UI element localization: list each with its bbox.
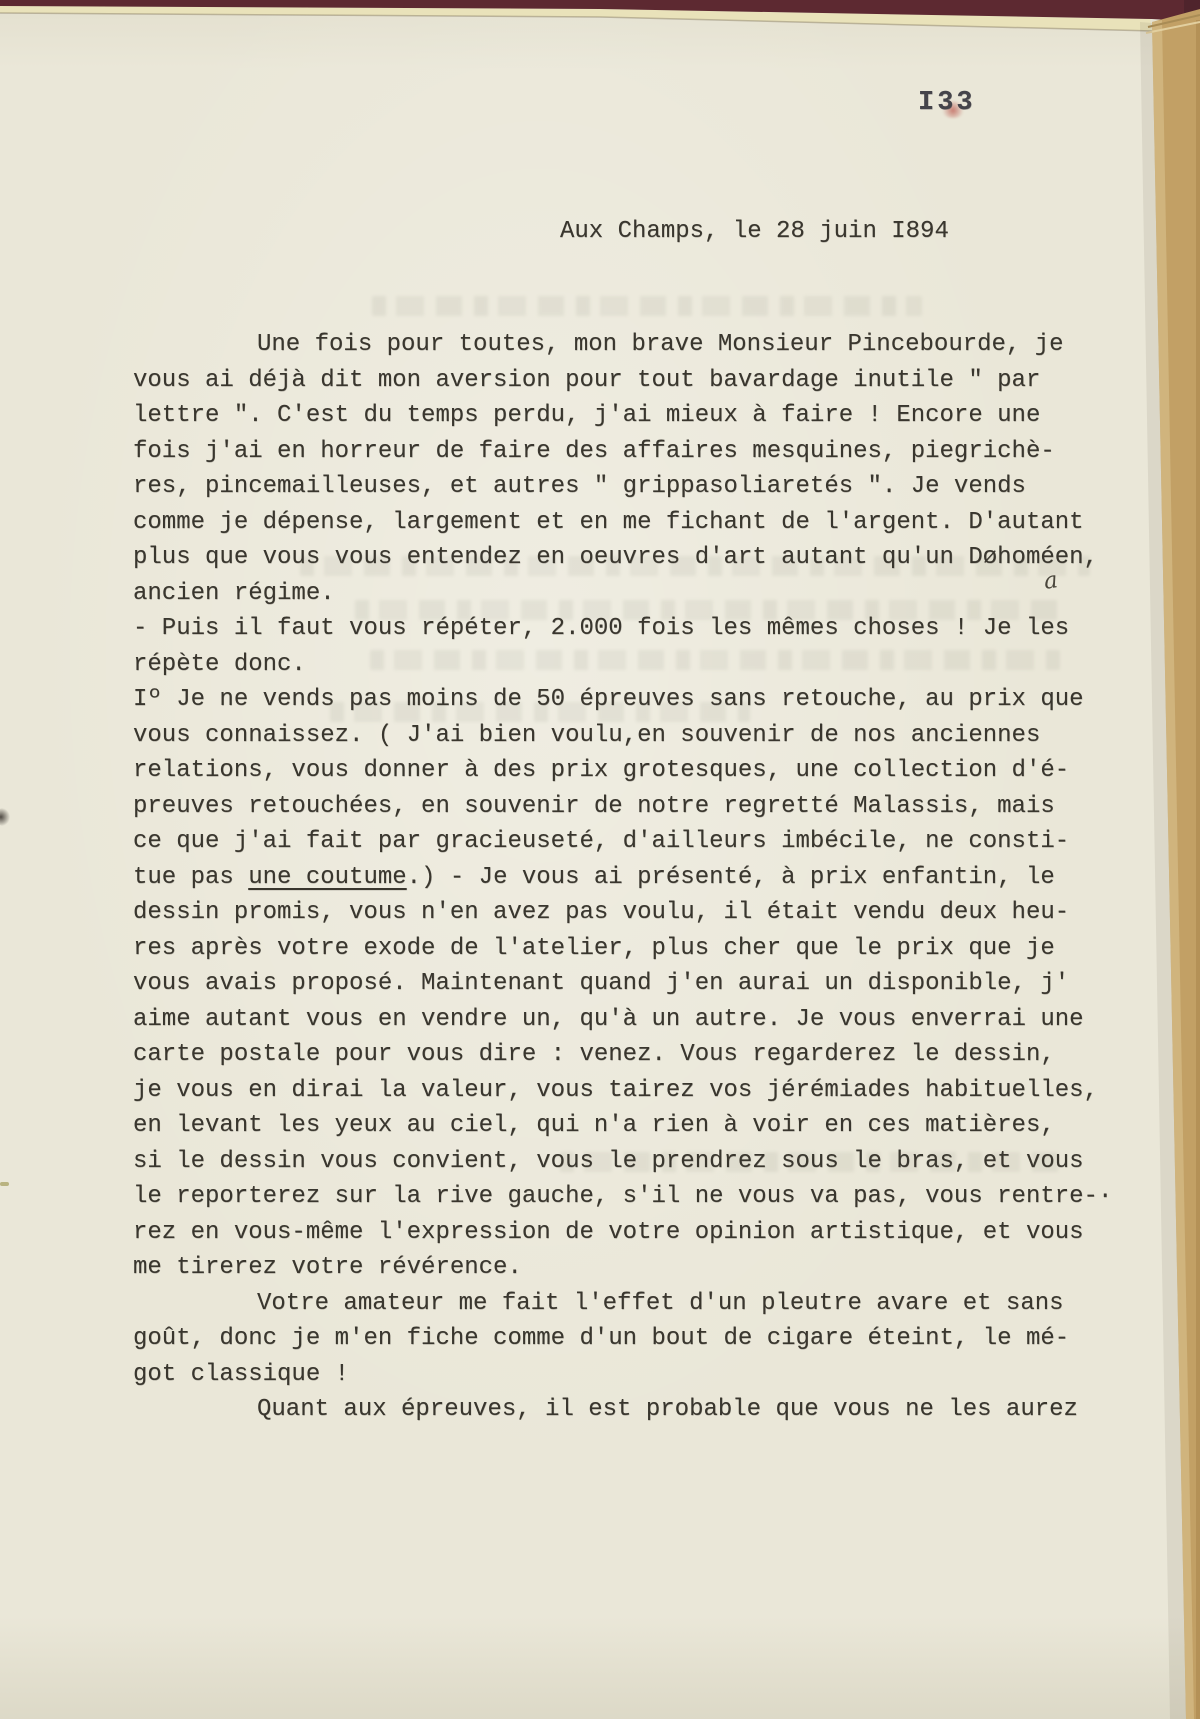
letter-text: relations, vous donner à des prix grotes… bbox=[133, 757, 1069, 784]
letter-line: vous ai déjà dit mon aversion pour tout … bbox=[133, 363, 1143, 399]
under-page-sliver bbox=[0, 6, 1152, 31]
letter-line: goût, donc je m'en fiche comme d'un bout… bbox=[133, 1321, 1143, 1357]
letter-line: me tirerez votre révérence. bbox=[133, 1250, 1143, 1286]
letter-text: Votre amateur me fait l'effet d'un pleut… bbox=[257, 1290, 1064, 1317]
letter-line: got classique ! bbox=[133, 1357, 1143, 1393]
letter-line: en levant les yeux au ciel, qui n'a rien… bbox=[133, 1108, 1143, 1144]
scan-blemish-spot bbox=[0, 808, 10, 826]
letter-body: Une fois pour toutes, mon brave Monsieur… bbox=[133, 327, 1143, 1428]
scan-blemish-dash bbox=[0, 1182, 9, 1186]
letter-line: répète donc. bbox=[133, 647, 1143, 683]
letter-line: Iº Je ne vends pas moins de 50 épreuves … bbox=[133, 682, 1143, 718]
letter-line: vous connaissez. ( J'ai bien voulu,en so… bbox=[133, 718, 1143, 754]
letter-line: carte postale pour vous dire : venez. Vo… bbox=[133, 1037, 1143, 1073]
letter-line: preuves retouchées, en souvenir de notre… bbox=[133, 789, 1143, 825]
page-number: I33 bbox=[918, 88, 976, 118]
letter-text: ancien régime. bbox=[133, 580, 335, 607]
letter-line: tue pas une coutume.) - Je vous ai prése… bbox=[133, 860, 1143, 896]
letter-line: si le dessin vous convient, vous le pren… bbox=[133, 1144, 1143, 1180]
letter-line: plus que vous vous entendez en oeuvres d… bbox=[133, 540, 1143, 576]
letter-text: tue pas bbox=[133, 864, 248, 891]
letter-line: - Puis il faut vous répéter, 2.000 fois … bbox=[133, 611, 1143, 647]
letter-text: comme je dépense, largement et en me fic… bbox=[133, 509, 1084, 536]
dateline: Aux Champs, le 28 juin I894 bbox=[560, 218, 949, 245]
letter-line: Votre amateur me fait l'effet d'un pleut… bbox=[133, 1286, 1143, 1322]
corner-page-line-2 bbox=[1146, 22, 1200, 33]
letter-line: Une fois pour toutes, mon brave Monsieur… bbox=[133, 327, 1143, 363]
letter-line: dessin promis, vous n'en avez pas voulu,… bbox=[133, 895, 1143, 931]
letter-text: fois j'ai en horreur de faire des affair… bbox=[133, 438, 1055, 465]
letter-text: en levant les yeux au ciel, qui n'a rien… bbox=[133, 1112, 1055, 1139]
letter-text: vous avais proposé. Maintenant quand j'e… bbox=[133, 970, 1069, 997]
letter-text: si le dessin vous convient, vous le pren… bbox=[133, 1148, 1084, 1175]
page-edge-shadow bbox=[1140, 22, 1186, 1719]
book-cover-corner bbox=[1184, 0, 1200, 72]
corner-page-line-1 bbox=[1148, 15, 1200, 27]
letter-line: rez en vous-même l'expression de votre o… bbox=[133, 1215, 1143, 1251]
letter-text: me tirerez votre révérence. bbox=[133, 1254, 522, 1281]
letter-line: res après votre exode de l'atelier, plus… bbox=[133, 931, 1143, 967]
fore-edge-outer-dark bbox=[1196, 20, 1200, 1719]
letter-line: Quant aux épreuves, il est probable que … bbox=[133, 1392, 1143, 1428]
letter-text: ce que j'ai fait par gracieuseté, d'aill… bbox=[133, 828, 1069, 855]
letter-text: - Puis il faut vous répéter, 2.000 fois … bbox=[133, 615, 1069, 642]
letter-text: répète donc. bbox=[133, 651, 306, 678]
letter-line: ancien régime. bbox=[133, 576, 1143, 612]
book-cover-edge bbox=[0, 0, 1200, 22]
letter-text: Iº Je ne vends pas moins de 50 épreuves … bbox=[133, 686, 1084, 713]
letter-text: lettre ". C'est du temps perdu, j'ai mie… bbox=[133, 402, 1040, 429]
letter-line: ce que j'ai fait par gracieuseté, d'aill… bbox=[133, 824, 1143, 860]
letter-text: le reporterez sur la rive gauche, s'il n… bbox=[133, 1183, 1112, 1210]
letter-line: je vous en dirai la valeur, vous tairez … bbox=[133, 1073, 1143, 1109]
page-top-edge-line bbox=[0, 13, 1152, 31]
letter-text: je vous en dirai la valeur, vous tairez … bbox=[133, 1077, 1098, 1104]
letter-text: res, pincemailleuses, et autres " grippa… bbox=[133, 473, 1026, 500]
letter-text: vous ai déjà dit mon aversion pour tout … bbox=[133, 367, 1040, 394]
letter-text: carte postale pour vous dire : venez. Vo… bbox=[133, 1041, 1055, 1068]
letter-line: relations, vous donner à des prix grotes… bbox=[133, 753, 1143, 789]
letter-line: comme je dépense, largement et en me fic… bbox=[133, 505, 1143, 541]
bleedthrough-text bbox=[372, 296, 922, 316]
fore-edge-stack bbox=[1152, 9, 1200, 1719]
letter-line: fois j'ai en horreur de faire des affair… bbox=[133, 434, 1143, 470]
letter-text: plus que vous vous entendez en oeuvres d… bbox=[133, 544, 1098, 571]
letter-line: aime autant vous en vendre un, qu'à un a… bbox=[133, 1002, 1143, 1038]
letter-line: lettre ". C'est du temps perdu, j'ai mie… bbox=[133, 398, 1143, 434]
letter-line: vous avais proposé. Maintenant quand j'e… bbox=[133, 966, 1143, 1002]
letter-text: vous connaissez. ( J'ai bien voulu,en so… bbox=[133, 722, 1040, 749]
letter-text: Quant aux épreuves, il est probable que … bbox=[257, 1396, 1078, 1423]
letter-text: .) - Je vous ai présenté, à prix enfanti… bbox=[407, 864, 1055, 891]
letter-text: preuves retouchées, en souvenir de notre… bbox=[133, 793, 1055, 820]
letter-text: aime autant vous en vendre un, qu'à un a… bbox=[133, 1006, 1084, 1033]
fore-edge-highlight bbox=[1152, 20, 1194, 1719]
letter-text: goût, donc je m'en fiche comme d'un bout… bbox=[133, 1325, 1069, 1352]
letter-text: res après votre exode de l'atelier, plus… bbox=[133, 935, 1055, 962]
letter-text: Une fois pour toutes, mon brave Monsieur… bbox=[257, 331, 1064, 358]
letter-text: dessin promis, vous n'en avez pas voulu,… bbox=[133, 899, 1069, 926]
letter-text: rez en vous-même l'expression de votre o… bbox=[133, 1219, 1084, 1246]
letter-text: got classique ! bbox=[133, 1361, 349, 1388]
underlined-text: une coutume bbox=[248, 864, 406, 891]
letter-line: le reporterez sur la rive gauche, s'il n… bbox=[133, 1179, 1143, 1215]
scanned-letter-page: I33 Aux Champs, le 28 juin I894 Une fois… bbox=[0, 0, 1200, 1719]
letter-line: res, pincemailleuses, et autres " grippa… bbox=[133, 469, 1143, 505]
